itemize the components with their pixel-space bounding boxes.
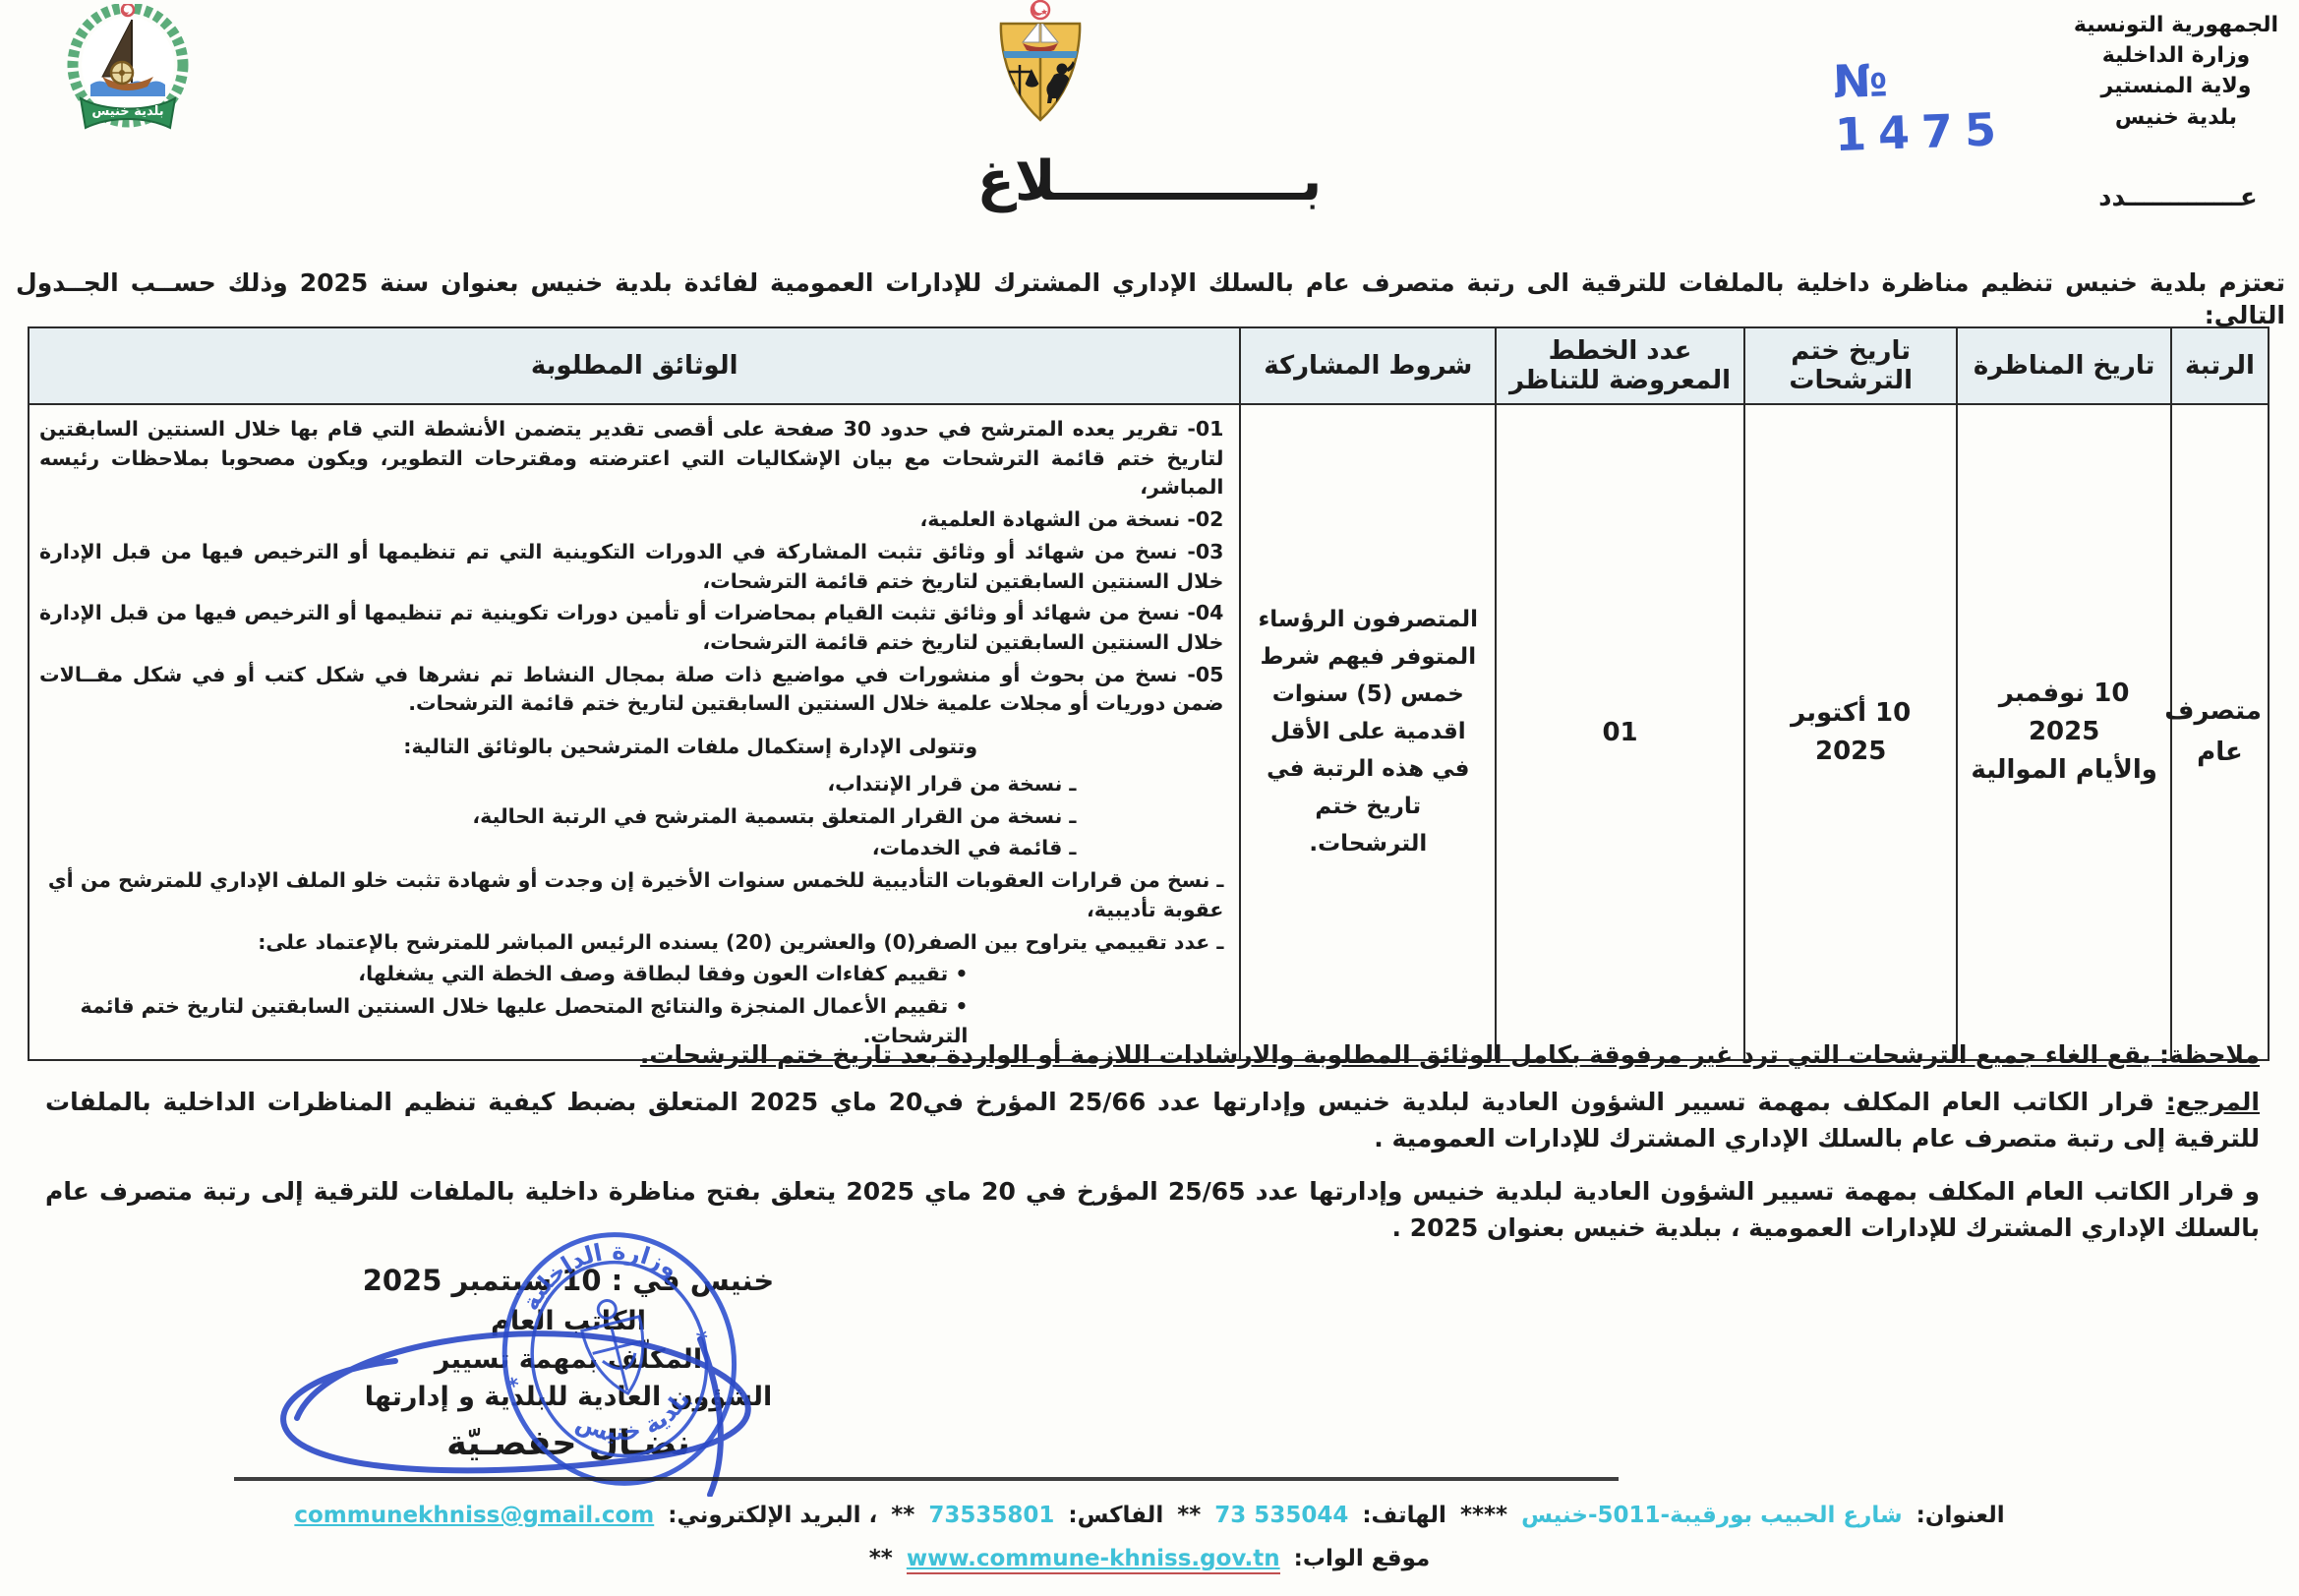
reference-paragraph-1: المرجع: قرار الكاتب العام المكلف بمهمة ت…	[45, 1084, 2260, 1157]
col-header-rank: الرتبة	[2171, 327, 2269, 404]
cell-exam-date: 10 نوفمبر 2025 والأيام الموالية	[1957, 404, 2171, 1060]
cell-rank: متصرف عام	[2171, 404, 2269, 1060]
address-label: العنوان:	[1916, 1503, 2005, 1528]
reference-label: المرجع:	[2166, 1088, 2260, 1116]
col-header-positions-count: عدد الخطط المعروضة للتناظر	[1496, 327, 1744, 404]
intro-paragraph: تعتزم بلدية خنيس تنظيم مناظرة داخلية بال…	[16, 267, 2285, 331]
doc-dash-item-3: ـ قائمة في الخدمات،	[39, 834, 1223, 863]
competition-table: الرتبة تاريخ المناظرة تاريخ ختم الترشحات…	[28, 326, 2270, 1061]
gov-line-ministry: وزارة الداخلية	[2059, 40, 2293, 71]
cell-required-documents: 01- تقرير يعده المترشح في حدود 30 صفحة ع…	[29, 404, 1240, 1060]
table-header-row: الرتبة تاريخ المناظرة تاريخ ختم الترشحات…	[29, 327, 2269, 404]
phone-label: الهاتف:	[1362, 1503, 1446, 1528]
handwritten-signature-icon	[238, 1300, 848, 1497]
reference-paragraph-2: و قرار الكاتب العام المكلف بمهمة تسيير ا…	[45, 1173, 2260, 1247]
doc-dash-item-4: ـ نسخ من قرارات العقوبات التأديبية للخمس…	[39, 866, 1223, 924]
government-header-block: الجمهورية التونسية وزارة الداخلية ولاية …	[2059, 10, 2293, 133]
note-text: يقع الغاء جميع الترشحات التي ترد غير مرف…	[640, 1040, 2159, 1069]
separator-stars-3: **	[891, 1503, 914, 1528]
gov-line-governorate: ولاية المنستير	[2059, 71, 2293, 101]
doc-admin-heading: وتتولى الإدارة إستكمال ملفات المترشحين ب…	[157, 733, 1223, 762]
reference-text-1: قرار الكاتب العام المكلف بمهمة تسيير الش…	[45, 1088, 2260, 1153]
separator-stars-4: **	[869, 1546, 893, 1571]
col-header-exam-date: تاريخ المناظرة	[1957, 327, 2171, 404]
doc-item-04: 04- نسخ من شهائد أو وثائق تثبت القيام بم…	[39, 599, 1223, 657]
gov-line-municipality: بلدية خنيس	[2059, 102, 2293, 133]
doc-dash-item-2: ـ نسخة من القرار المتعلق بتسمية المترشح …	[39, 802, 1223, 832]
registry-number-stamp: № 1475	[1832, 47, 2072, 161]
fax-label: الفاكس:	[1068, 1503, 1163, 1528]
doc-dash-item-5: ـ عدد تقييمي يتراوح بين الصفر(0) والعشري…	[39, 928, 1223, 958]
cell-closing-date: 10 أكتوبر 2025	[1744, 404, 1957, 1060]
reference-text-2: و قرار الكاتب العام المكلف بمهمة تسيير ا…	[45, 1177, 2260, 1243]
col-header-documents: الوثائق المطلوبة	[29, 327, 1240, 404]
email-value: communekhniss@gmail.com	[294, 1503, 654, 1528]
address-value: شارع الحبيب بورقيبة-5011-خنيس	[1521, 1503, 1903, 1528]
note-label: ملاحظة:	[2159, 1040, 2260, 1069]
email-label: ، البريد الإلكتروني:	[668, 1503, 877, 1528]
svg-text:بلدية خنيس: بلدية خنيس	[91, 104, 163, 119]
doc-item-05: 05- نسخ من بحوث أو منشورات في مواضيع ذات…	[39, 661, 1223, 719]
page-title: بـــــــــــــلاغ	[0, 149, 2299, 213]
tunisia-coat-of-arms-icon	[993, 0, 1088, 124]
fax-value: 73535801	[928, 1503, 1054, 1528]
scanned-announcement-document: الجمهورية التونسية وزارة الداخلية ولاية …	[0, 0, 2299, 1596]
separator-stars-2: **	[1177, 1503, 1201, 1528]
doc-item-01: 01- تقرير يعده المترشح في حدود 30 صفحة ع…	[39, 415, 1223, 502]
cell-conditions: المتصرفون الرؤساء المتوفر فيهم شرط خمس (…	[1240, 404, 1496, 1060]
col-header-closing-date: تاريخ ختم الترشحات	[1744, 327, 1957, 404]
doc-item-03: 03- نسخ من شهائد أو وثائق تثبت المشاركة …	[39, 538, 1223, 596]
footer-website-line: موقع الواب: www.commune-khniss.gov.tn **	[0, 1546, 2299, 1574]
footer-divider-line	[234, 1477, 1619, 1481]
phone-value: 73 535044	[1214, 1503, 1348, 1528]
notes-section: ملاحظة: يقع الغاء جميع الترشحات التي ترد…	[45, 1036, 2260, 1263]
municipality-logo-icon: بلدية خنيس	[65, 4, 191, 136]
website-label: موقع الواب:	[1294, 1546, 1431, 1571]
gov-line-republic: الجمهورية التونسية	[2059, 10, 2293, 40]
table-row: متصرف عام 10 نوفمبر 2025 والأيام الموالي…	[29, 404, 2269, 1060]
doc-dash-item-1: ـ نسخة من قرار الإنتداب،	[39, 770, 1223, 799]
doc-item-02: 02- نسخة من الشهادة العلمية،	[39, 505, 1223, 535]
website-value: www.commune-khniss.gov.tn	[907, 1546, 1280, 1574]
doc-bullet-item-1: • تقييم كفاءات العون وفقا لبطاقة وصف الخ…	[39, 960, 1223, 989]
col-header-conditions: شروط المشاركة	[1240, 327, 1496, 404]
footer-contact-line: العنوان: شارع الحبيب بورقيبة-5011-خنيس *…	[0, 1503, 2299, 1528]
cell-positions-count: 01	[1496, 404, 1744, 1060]
separator-stars-1: ****	[1460, 1503, 1507, 1528]
note-paragraph: ملاحظة: يقع الغاء جميع الترشحات التي ترد…	[45, 1036, 2260, 1074]
